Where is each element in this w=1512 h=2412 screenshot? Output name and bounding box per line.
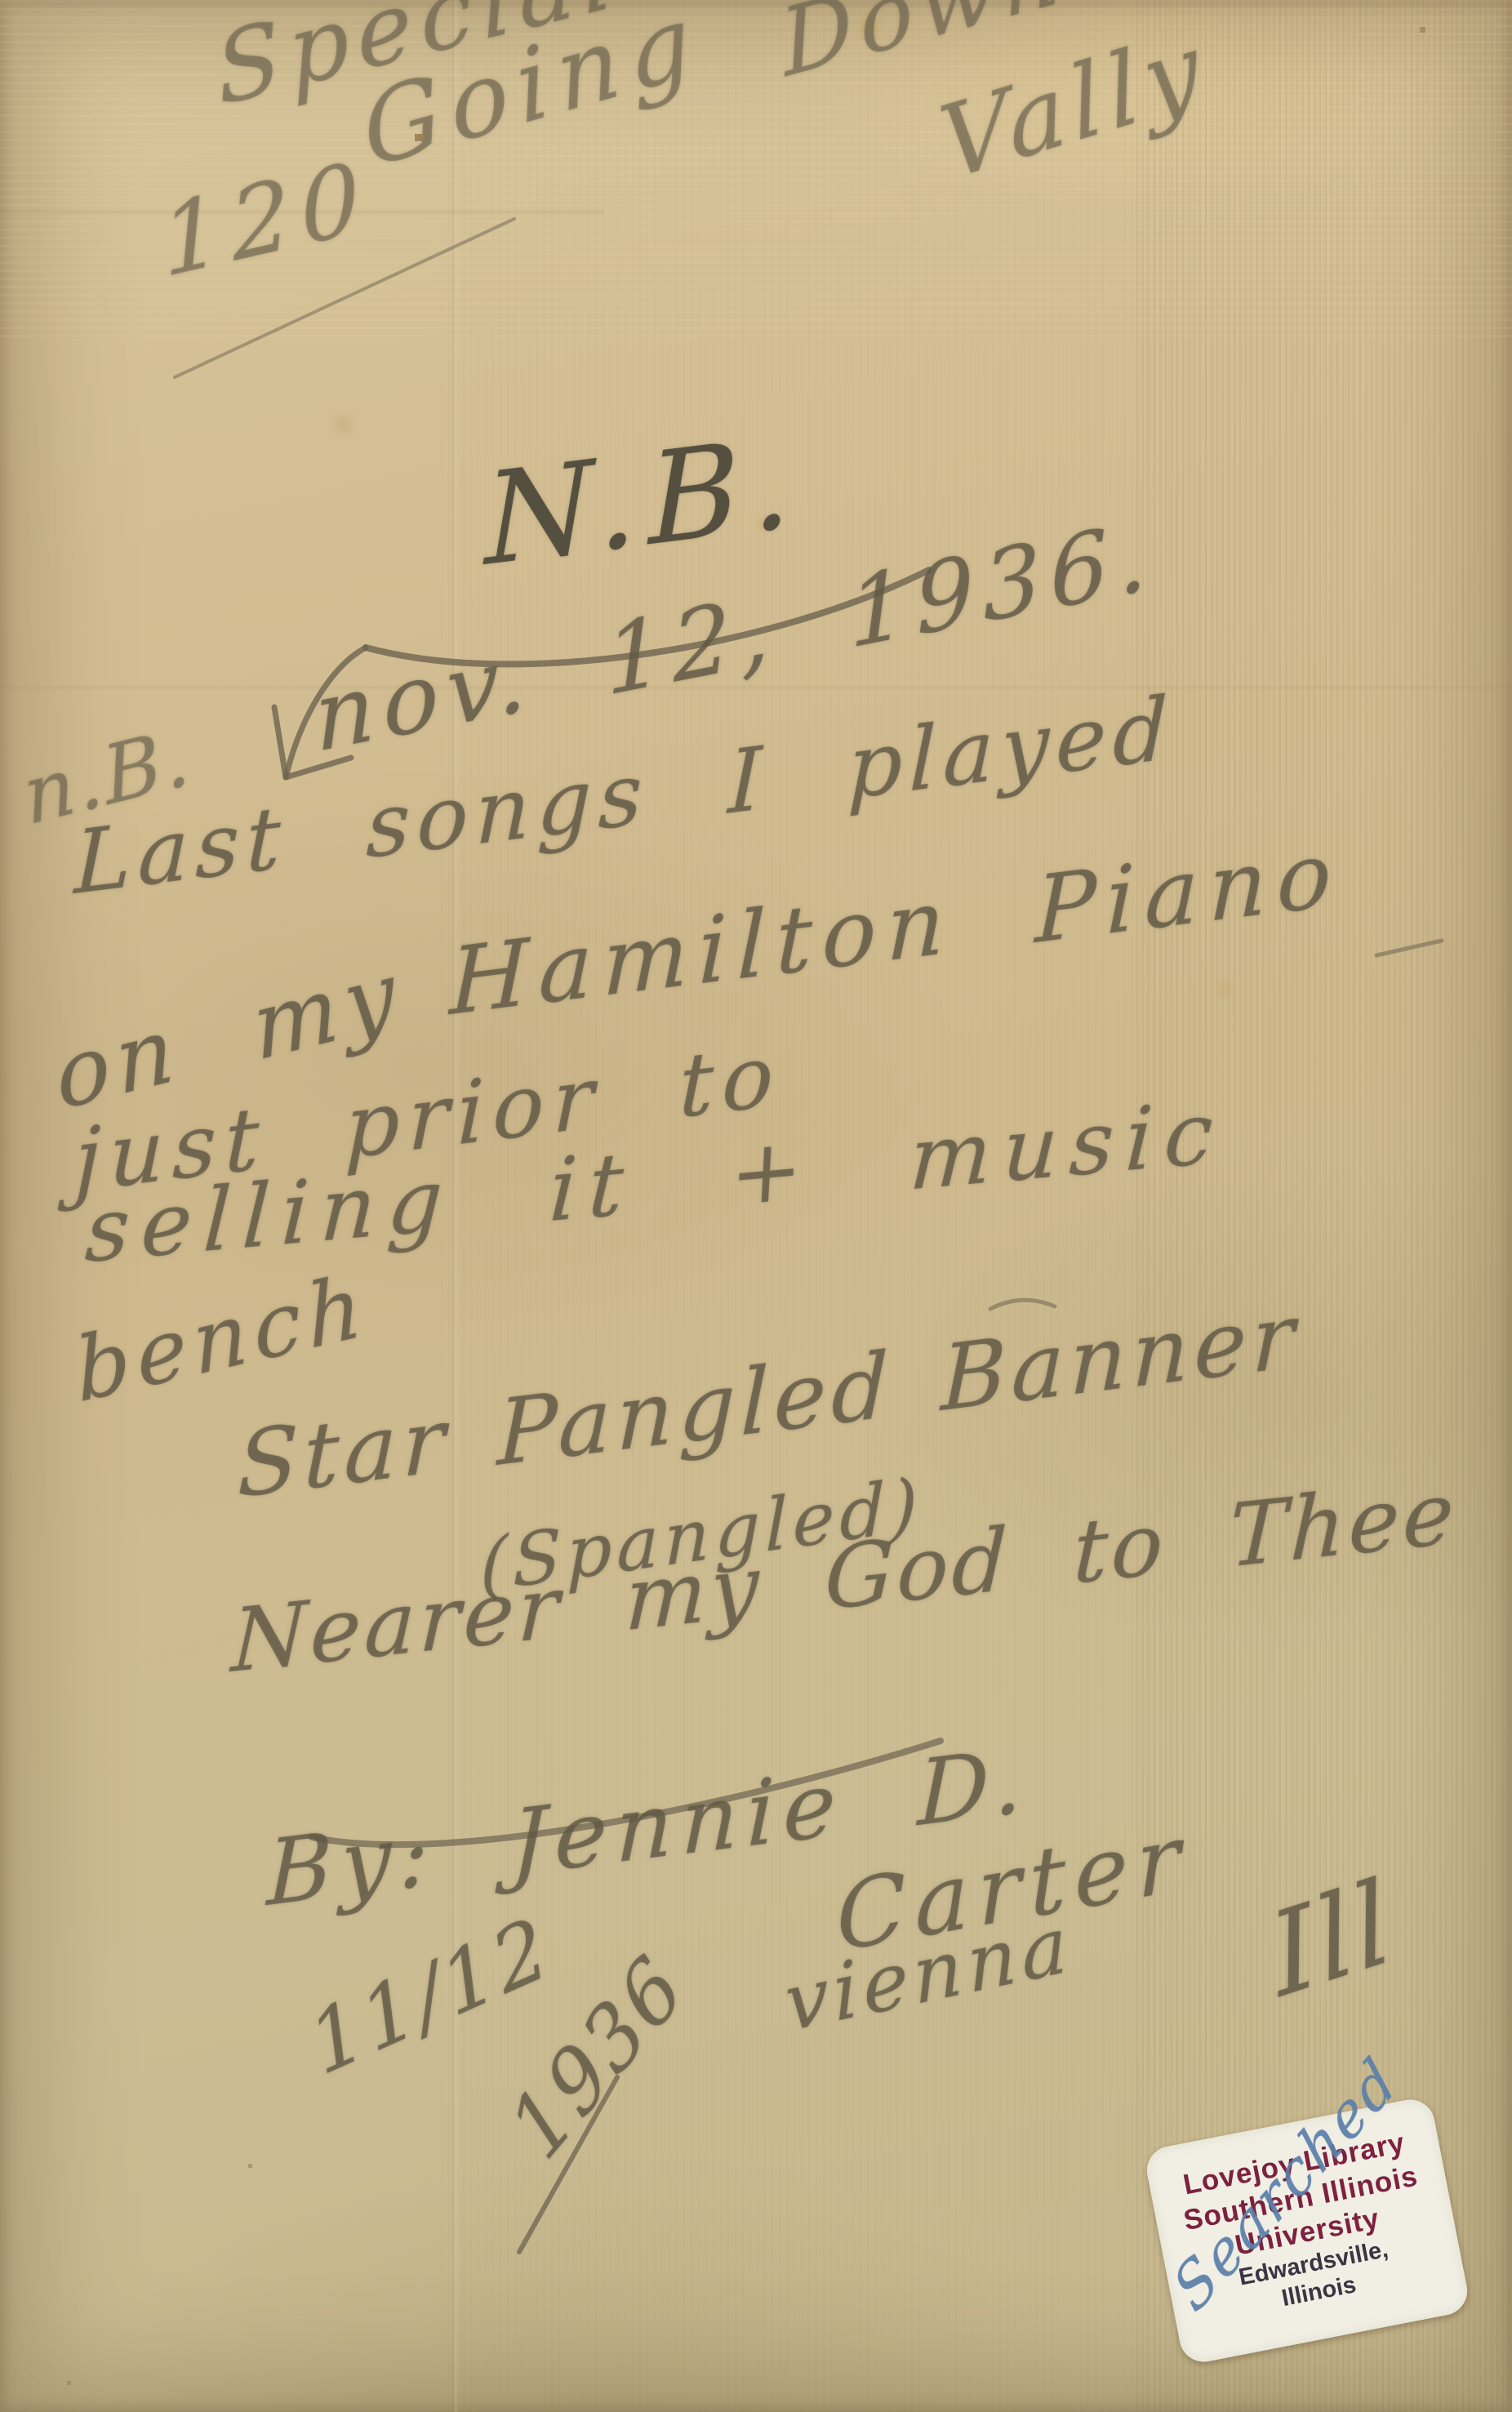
library-sticker: Lovejoy Library Southern Illinois Univer… bbox=[1143, 2095, 1472, 2365]
handwriting-nb-heading: N.B. bbox=[483, 408, 803, 594]
handwriting-120: 120 bbox=[157, 138, 375, 300]
paper-striations-right bbox=[1136, 0, 1512, 2412]
music-underline-stroke bbox=[990, 1300, 1055, 1309]
book-endpaper-scan: Special 120 Going Down the Vally N.B. no… bbox=[0, 0, 1512, 2412]
paper-specks bbox=[0, 0, 1, 1]
handwriting-hamilton-piano: Hamilton Piano bbox=[449, 820, 1342, 1036]
handwriting-date-month-day: 11/12 bbox=[298, 1898, 563, 2094]
piano-macron-stroke bbox=[1376, 941, 1442, 955]
handwriting-illinois-abbr: Ill bbox=[1261, 1854, 1403, 2023]
handwriting-bench: bench bbox=[72, 1254, 372, 1422]
